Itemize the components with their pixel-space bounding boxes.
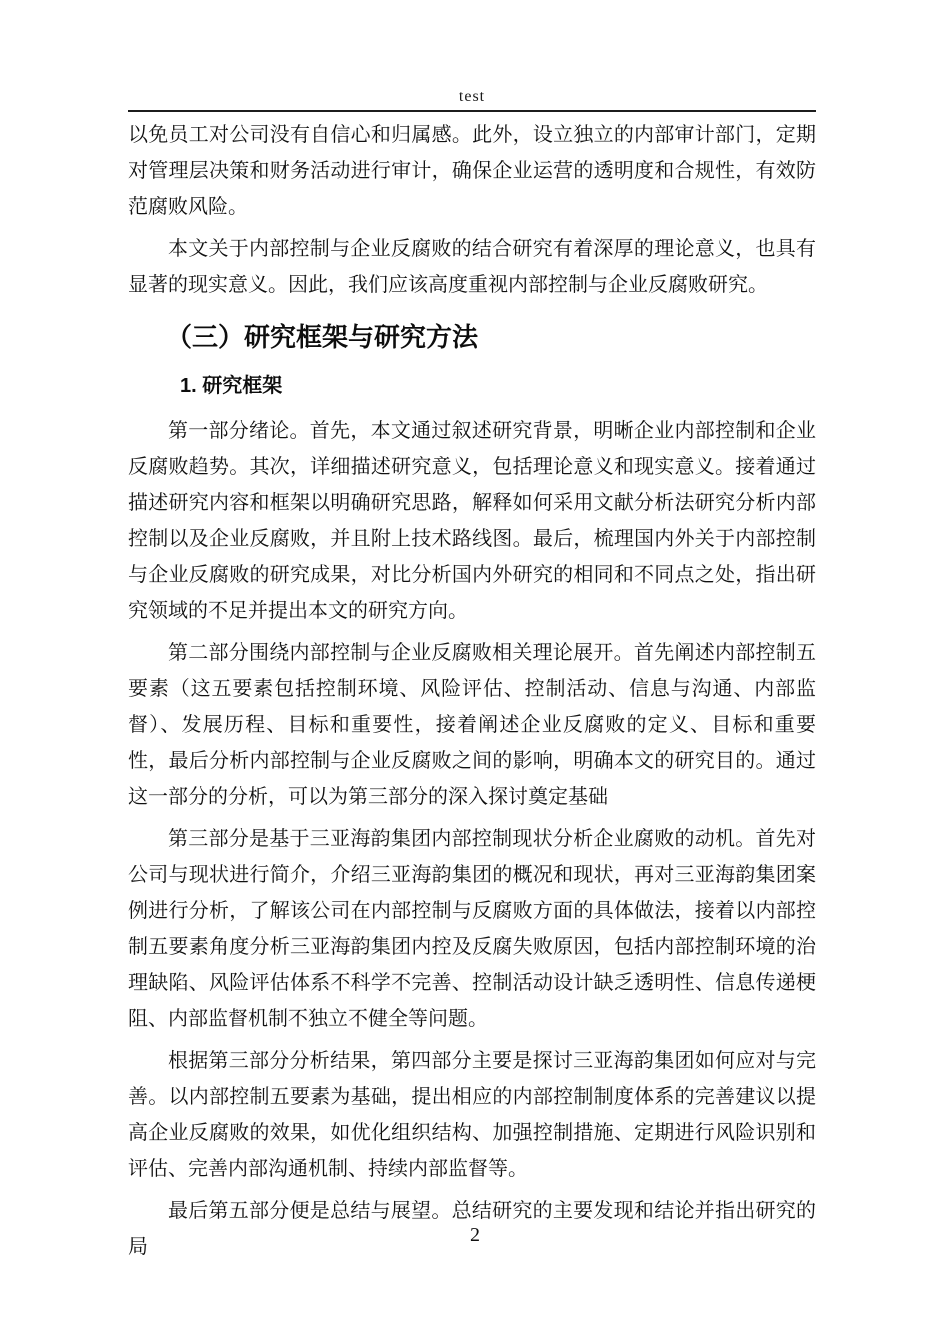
paragraph-significance: 本文关于内部控制与企业反腐败的结合研究有着深厚的理论意义，也具有显著的现实意义。…	[128, 231, 816, 303]
paragraph-part1-intro: 第一部分绪论。首先，本文通过叙述研究背景，明晰企业内部控制和企业反腐败趋势。其次…	[128, 413, 816, 629]
page-header: test	[128, 86, 816, 112]
document-content: test 以免员工对公司没有自信心和归属感。此外，设立独立的内部审计部门，定期对…	[128, 0, 816, 1265]
paragraph-part2-theory: 第二部分围绕内部控制与企业反腐败相关理论展开。首先阐述内部控制五要素（这五要素包…	[128, 635, 816, 815]
paragraph-part3-case: 第三部分是基于三亚海韵集团内部控制现状分析企业腐败的动机。首先对公司与现状进行简…	[128, 821, 816, 1037]
page-number: 2	[0, 1222, 950, 1248]
subsection-heading: 1. 研究框架	[128, 369, 816, 403]
document-page: test 以免员工对公司没有自信心和归属感。此外，设立独立的内部审计部门，定期对…	[0, 0, 950, 1344]
paragraph-continuation: 以免员工对公司没有自信心和归属感。此外，设立独立的内部审计部门，定期对管理层决策…	[128, 117, 816, 225]
section-heading: （三）研究框架与研究方法	[128, 317, 816, 357]
paragraph-part4-suggestions: 根据第三部分分析结果，第四部分主要是探讨三亚海韵集团如何应对与完善。以内部控制五…	[128, 1043, 816, 1187]
